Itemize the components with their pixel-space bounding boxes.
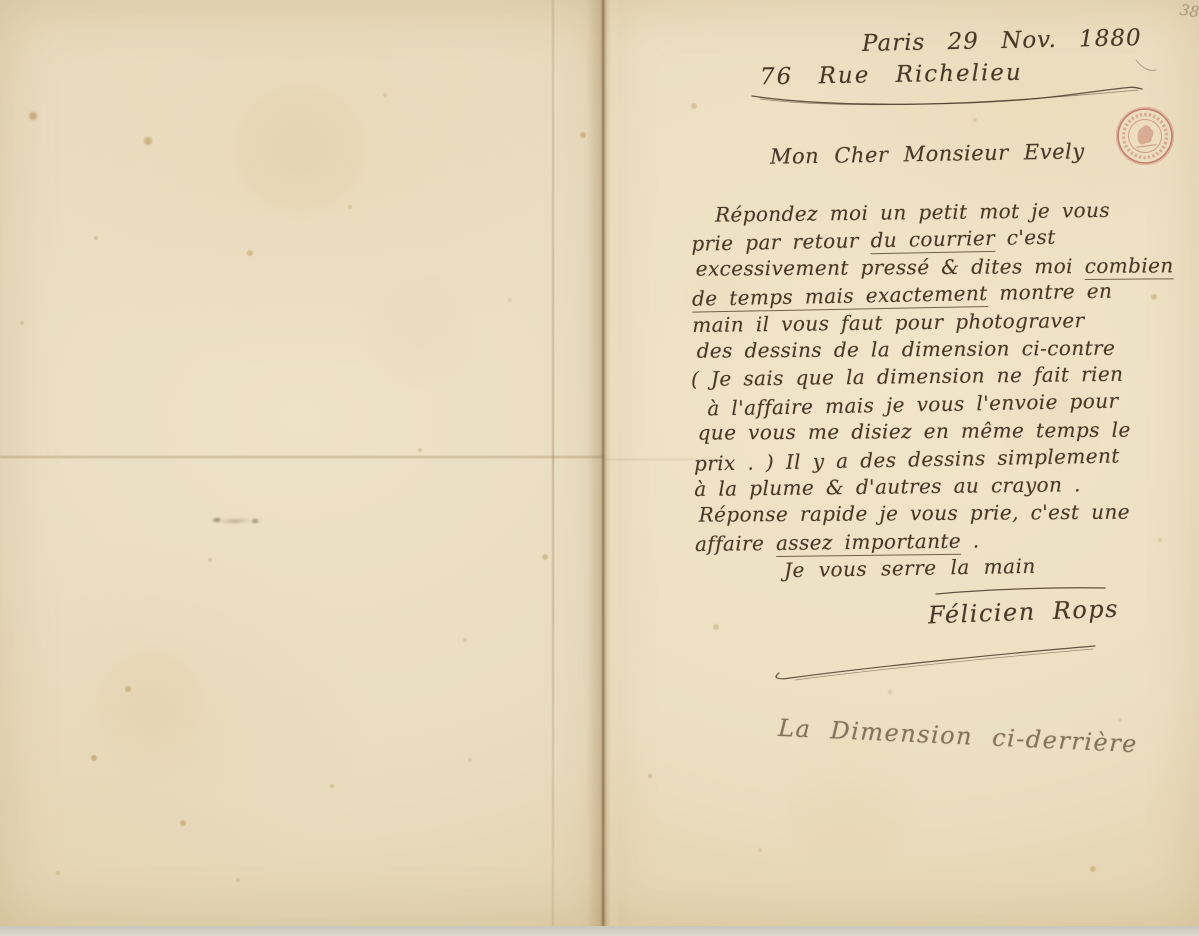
- foxing-spot: [348, 205, 352, 209]
- foxing-spot: [180, 820, 186, 826]
- foxing-spot: [758, 848, 762, 852]
- vertical-crease: [552, 0, 554, 926]
- foxing-spot: [20, 321, 24, 325]
- foxing-spot: [691, 103, 697, 109]
- foxing-spot: [91, 755, 97, 761]
- paper-stain: [360, 270, 480, 390]
- foxing-spot: [29, 112, 37, 120]
- foxing-spot: [418, 448, 422, 452]
- phrase: montre en: [987, 279, 1112, 305]
- address-line: 76 Rue Richelieu: [760, 60, 1023, 91]
- letter-line: des dessins de la dimension ci-contre: [697, 335, 1178, 366]
- foxing-spot: [463, 638, 467, 642]
- foxing-spot: [1090, 866, 1096, 872]
- foxing-spot: [508, 298, 512, 302]
- phrase: excessivement pressé & dites moi: [696, 254, 1085, 281]
- center-fold-line: [602, 0, 604, 926]
- underlined-phrase: de temps mais exactement: [692, 281, 988, 313]
- phrase: ( Je sais que la dimension ne fait rien: [691, 362, 1124, 391]
- phrase: c'est: [995, 225, 1056, 250]
- foxing-spot: [888, 690, 892, 694]
- foxing-spot: [56, 871, 60, 875]
- scanned-letter: Paris 29 Nov. 1880 76 Rue Richelieu Mon …: [0, 0, 1199, 936]
- phrase: prie par retour: [691, 229, 871, 256]
- foxing-spot: [247, 250, 253, 256]
- foxing-spot: [713, 624, 719, 630]
- phrase: .: [961, 528, 980, 552]
- phrase: Réponse rapide je vous prie, c'est une: [699, 500, 1130, 527]
- foxing-spot: [236, 878, 240, 882]
- closing-line: Je vous serre la main: [784, 554, 1036, 582]
- underlined-phrase: assez importante: [776, 528, 961, 556]
- scanner-edge-strip: [0, 926, 1199, 936]
- foxing-spot: [94, 236, 98, 240]
- corner-number-mark: 38: [1179, 1, 1199, 21]
- phrase: que vous me disiez en même temps le: [698, 418, 1131, 445]
- horizontal-fold-crease: [0, 456, 604, 458]
- phrase: des dessins de la dimension ci-contre: [697, 336, 1116, 363]
- foxing-spot: [144, 137, 152, 145]
- ink-smudge: [205, 510, 268, 529]
- paper-stain: [230, 80, 370, 220]
- foxing-spot: [542, 554, 548, 560]
- phrase: affaire: [695, 531, 776, 556]
- foxing-spot: [208, 558, 212, 562]
- foxing-spot: [383, 93, 387, 97]
- letter-line: Réponse rapide je vous prie, c'est une: [699, 500, 1180, 531]
- foxing-spot: [973, 118, 977, 122]
- paper-stain: [95, 645, 205, 755]
- underlined-phrase: du courrier: [870, 226, 995, 254]
- foxing-spot: [468, 758, 472, 762]
- foxing-spot: [330, 784, 334, 788]
- foxing-spot: [648, 774, 652, 778]
- phrase: Répondez moi un petit mot je vous: [715, 198, 1110, 227]
- foxing-spot: [1118, 718, 1122, 722]
- phrase: prix . ) Il y a des dessins simplement: [694, 443, 1120, 475]
- underlined-phrase: combien: [1085, 253, 1174, 280]
- letter-body: Répondez moi un petit mot je vousprie pa…: [691, 197, 1180, 559]
